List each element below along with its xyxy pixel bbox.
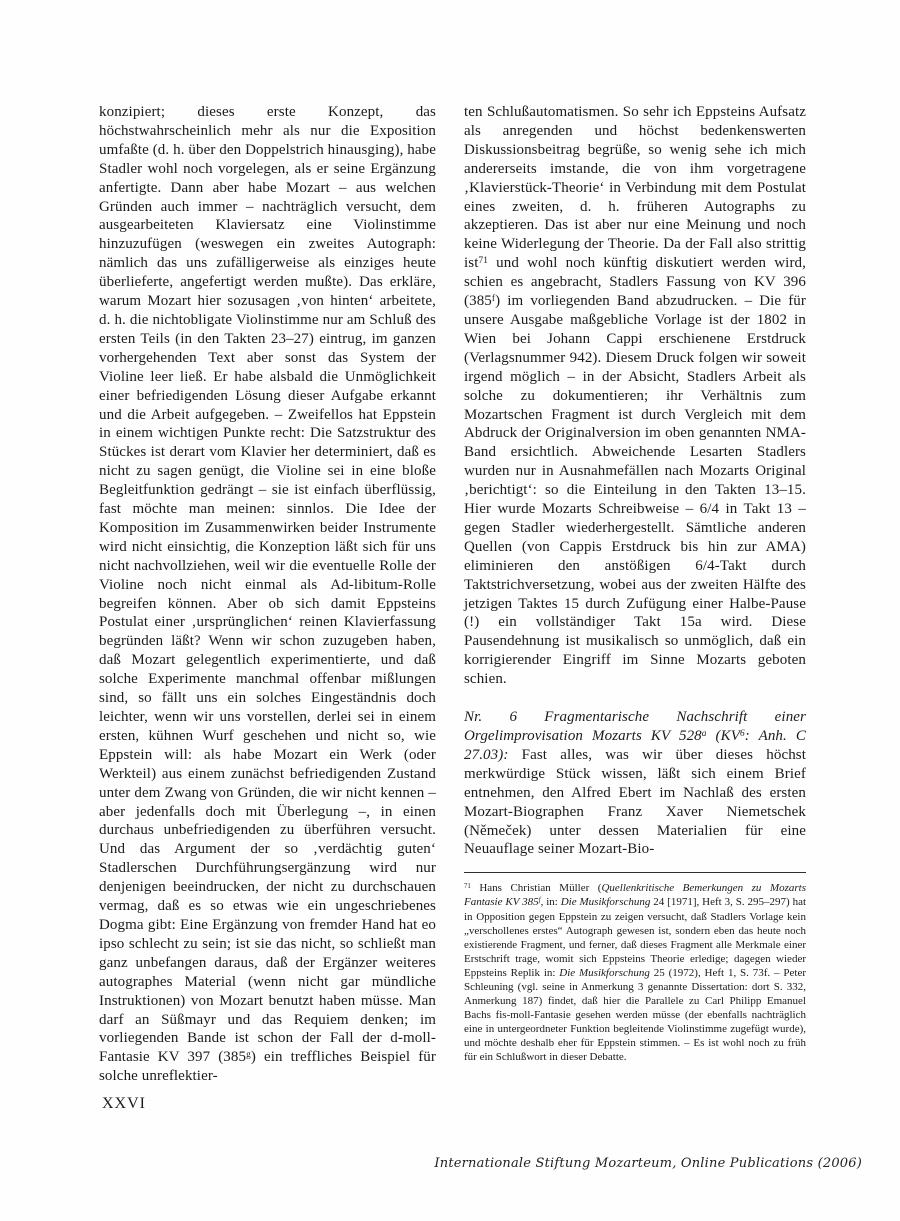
footer-credit: Internationale Stiftung Mozarteum, Onlin…	[434, 1156, 862, 1171]
scanned-book-page: konzipiert; dieses erste Konzept, das hö…	[0, 0, 900, 1221]
footnote-71: 71 Hans Christian Müller (Quellenkritisc…	[464, 872, 806, 1064]
right-text-column: ten Schlußautomatismen. So sehr ich Epps…	[464, 103, 806, 1065]
right-column-paragraph-continuation: ten Schlußautomatismen. So sehr ich Epps…	[464, 103, 806, 689]
section-nr6-paragraph: Nr. 6 Fragmentarische Nachschrift einer …	[464, 708, 806, 859]
page-number: XXVI	[102, 1095, 146, 1113]
left-column-paragraph: konzipiert; dieses erste Konzept, das hö…	[99, 103, 436, 1086]
left-text-column: konzipiert; dieses erste Konzept, das hö…	[99, 103, 436, 1086]
